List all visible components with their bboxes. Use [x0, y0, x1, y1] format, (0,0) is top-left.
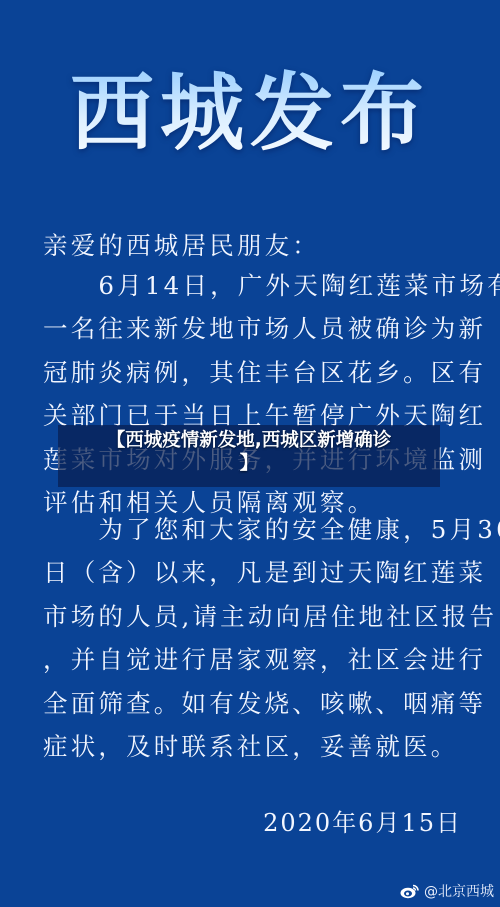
weibo-watermark: @北京西城 — [400, 881, 494, 901]
text-line: 一名往来新发地市场人员被确诊为新 — [43, 307, 465, 350]
text-line: 冠肺炎病例，其住丰台区花乡。区有 — [43, 351, 465, 394]
paragraph-2: 为了您和大家的安全健康，5月30 日（含）以来，凡是到过天陶红莲菜 市场的人员,… — [43, 508, 465, 768]
text-line: 为了您和大家的安全健康，5月30 — [43, 508, 465, 551]
weibo-icon — [400, 883, 420, 899]
caption-line-2: 】 — [58, 452, 440, 475]
text-line: 症状，及时联系社区，妥善就医。 — [43, 725, 465, 768]
text-line: 全面筛查。如有发烧、咳嗽、咽痛等 — [43, 682, 465, 725]
text-line: ，并自觉进行居家观察，社区会进行 — [43, 638, 465, 681]
text-line: 日（含）以来，凡是到过天陶红莲菜 — [43, 551, 465, 594]
publish-date: 2020年6月15日 — [263, 803, 462, 838]
text-line: 市场的人员,请主动向居住地社区报告 — [43, 595, 465, 638]
text-line: 6月14日，广外天陶红莲菜市场有 — [43, 264, 465, 307]
greeting-line: 亲爱的西城居民朋友： — [43, 224, 465, 267]
poster-title: 西城发布 — [0, 58, 500, 168]
greeting: 亲爱的西城居民朋友： — [43, 224, 465, 267]
caption-line-1: 【西城疫情新发地,西城区新增确诊 — [58, 429, 440, 452]
watermark-handle: @北京西城 — [424, 881, 494, 901]
caption-overlay: 【西城疫情新发地,西城区新增确诊 】 — [58, 425, 440, 487]
